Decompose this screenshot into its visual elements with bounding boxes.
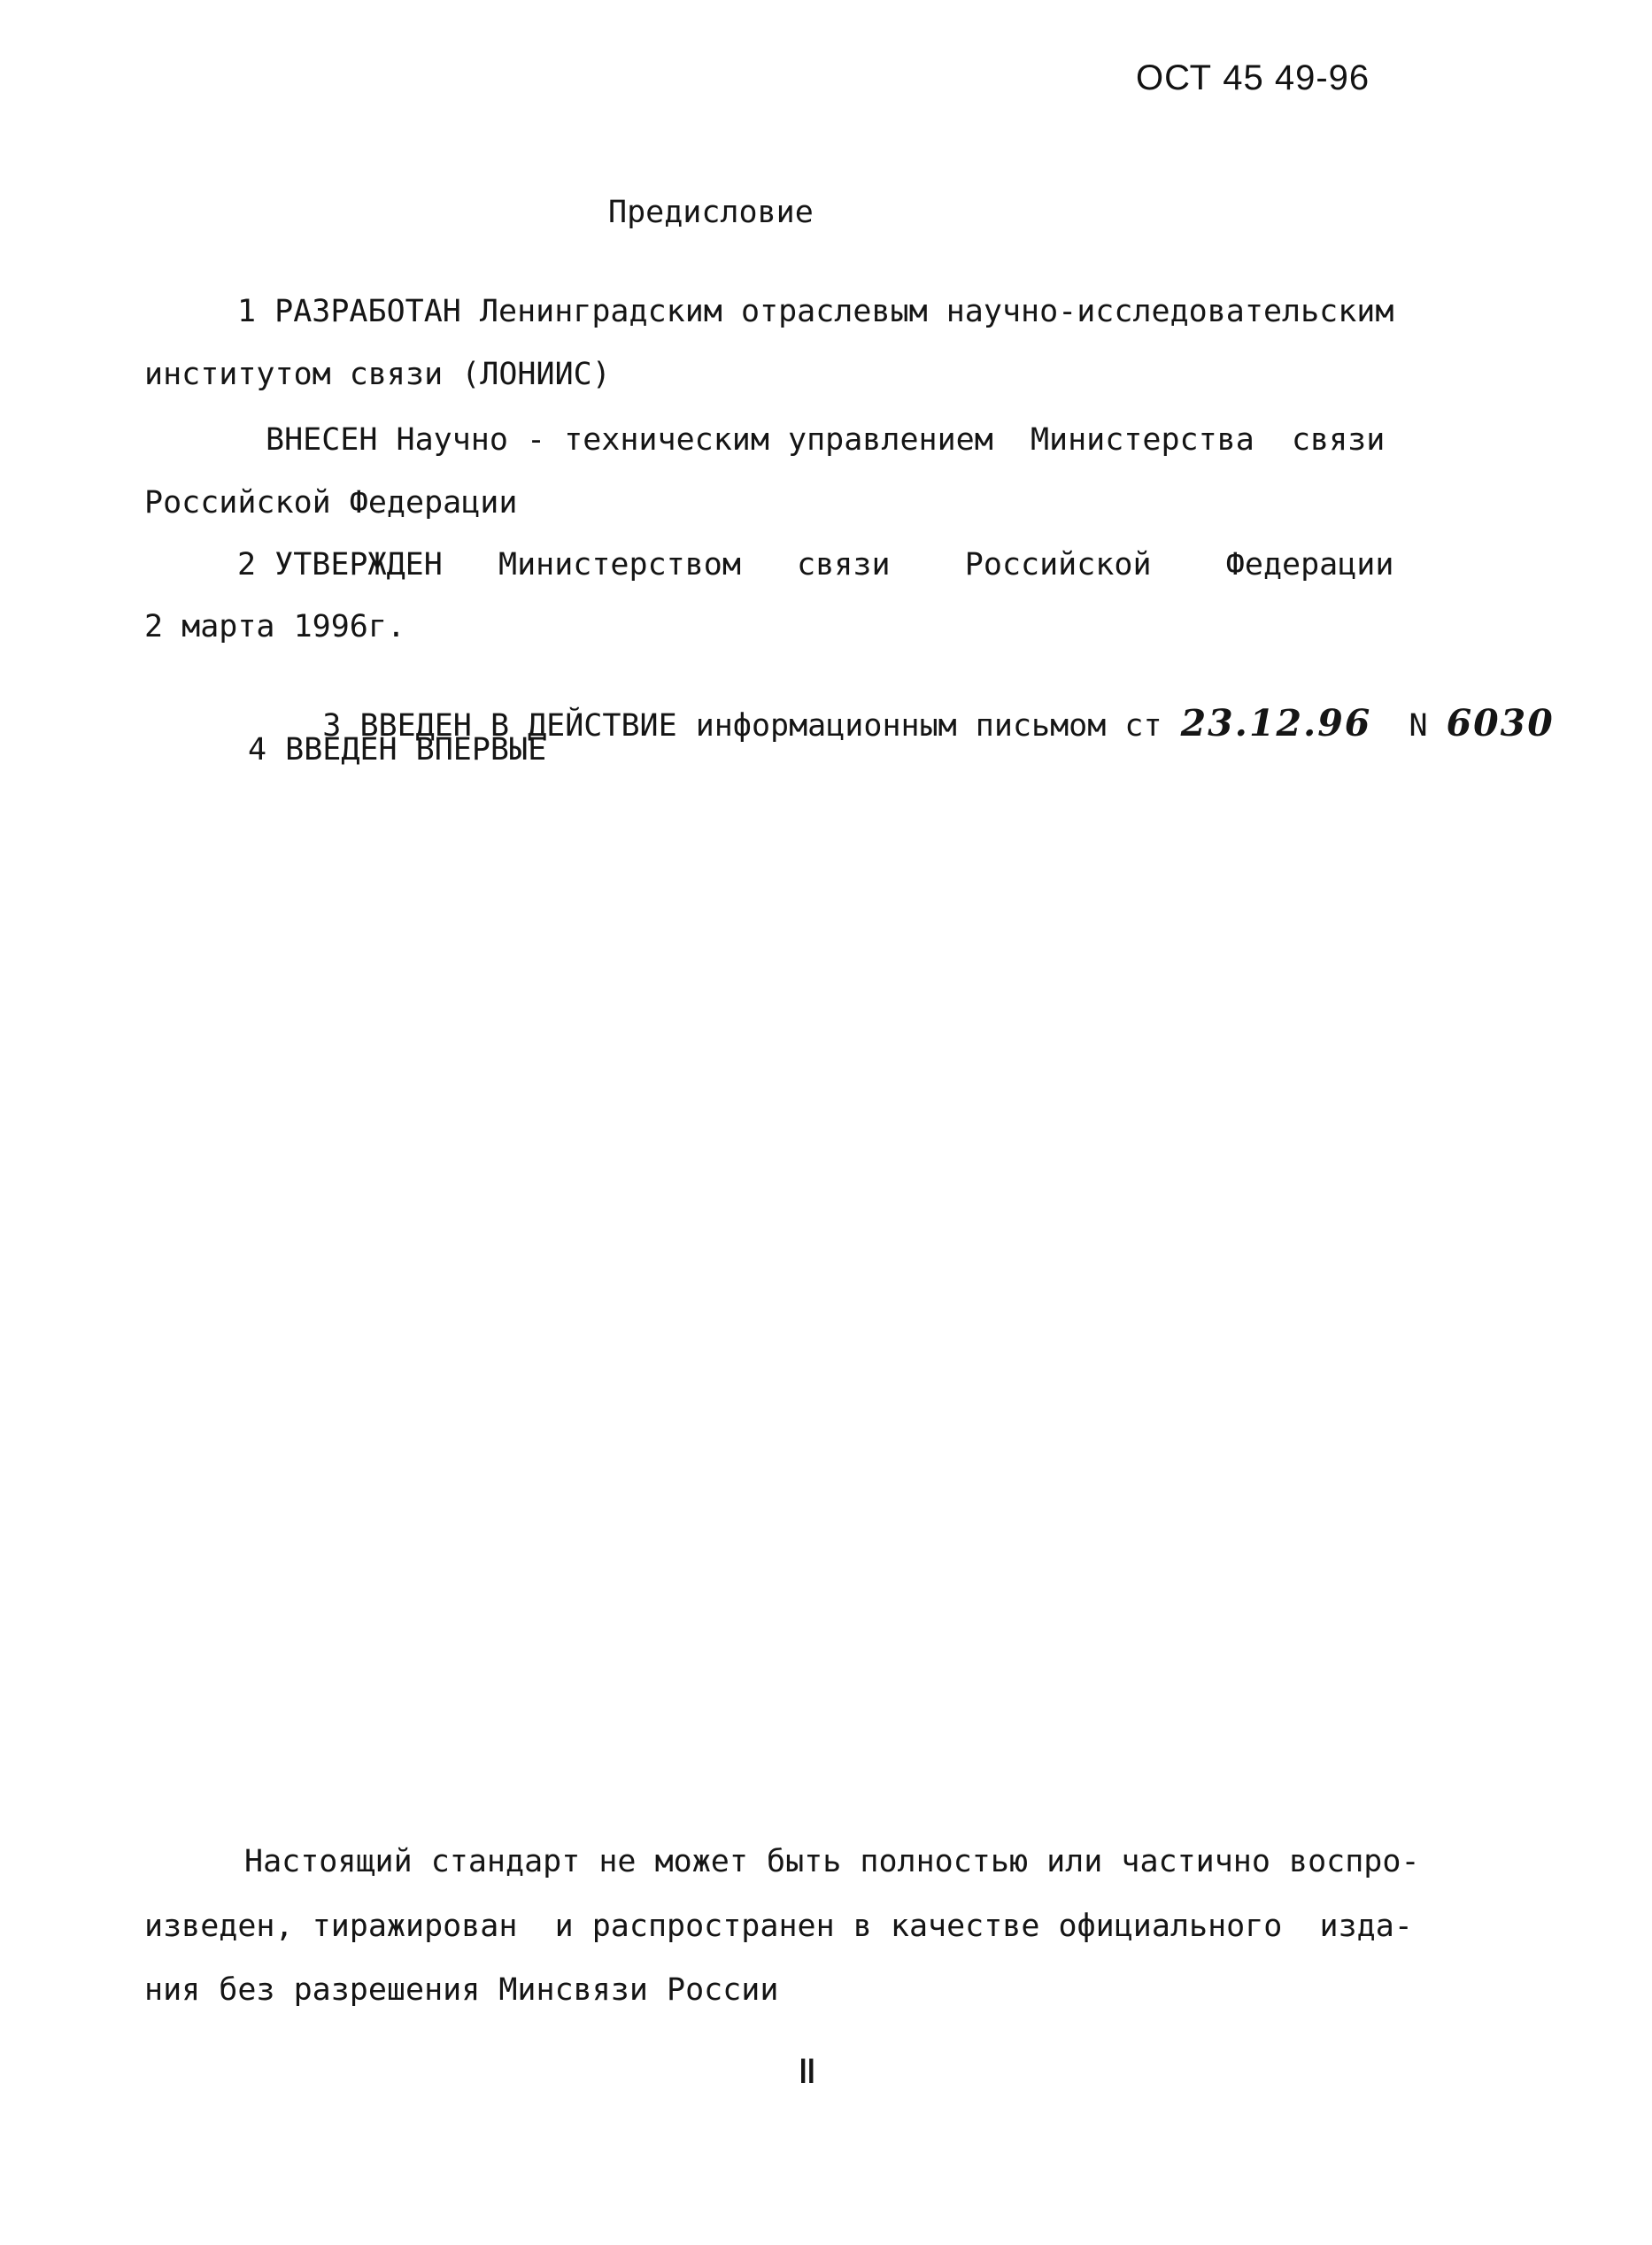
page-number: II: [799, 2052, 815, 2092]
page-title: Предисловие: [608, 195, 814, 230]
standard-number-header: ОСТ 45 49-96: [1136, 58, 1370, 98]
document-page: ОСТ 45 49-96 Предисловие 1 РАЗРАБОТАН Ле…: [0, 0, 1652, 2245]
item-3-handwritten-number: 6030: [1447, 702, 1555, 744]
preface-vnesen-line-1: ВНЕСЕН Научно - техническим управлением …: [266, 422, 1385, 458]
footer-note-line-1: Настоящий стандарт не может быть полност…: [244, 1844, 1420, 1879]
item-3-handwritten-date: 23.12.96: [1181, 702, 1372, 744]
preface-item-2-line-1: 2 УТВЕРЖДЕН Министерством связи Российск…: [237, 547, 1393, 582]
footer-note-line-3: ния без разрешения Минсвязи России: [144, 1972, 778, 2008]
item-3-number-sign: N: [1371, 708, 1446, 744]
preface-item-2-line-2: 2 марта 1996г.: [144, 609, 405, 644]
preface-item-1-line-2: институтом связи (ЛОНИИС): [144, 357, 611, 392]
preface-item-1-line-1: 1 РАЗРАБОТАН Ленинградским отраслевым на…: [237, 294, 1393, 329]
preface-vnesen-line-2: Российской Федерации: [144, 485, 517, 521]
footer-note-line-2: изведен, тиражирован и распространен в к…: [144, 1909, 1413, 1944]
preface-item-4: 4 ВВЕДЕН ВПЕРВЫЕ: [248, 732, 546, 768]
